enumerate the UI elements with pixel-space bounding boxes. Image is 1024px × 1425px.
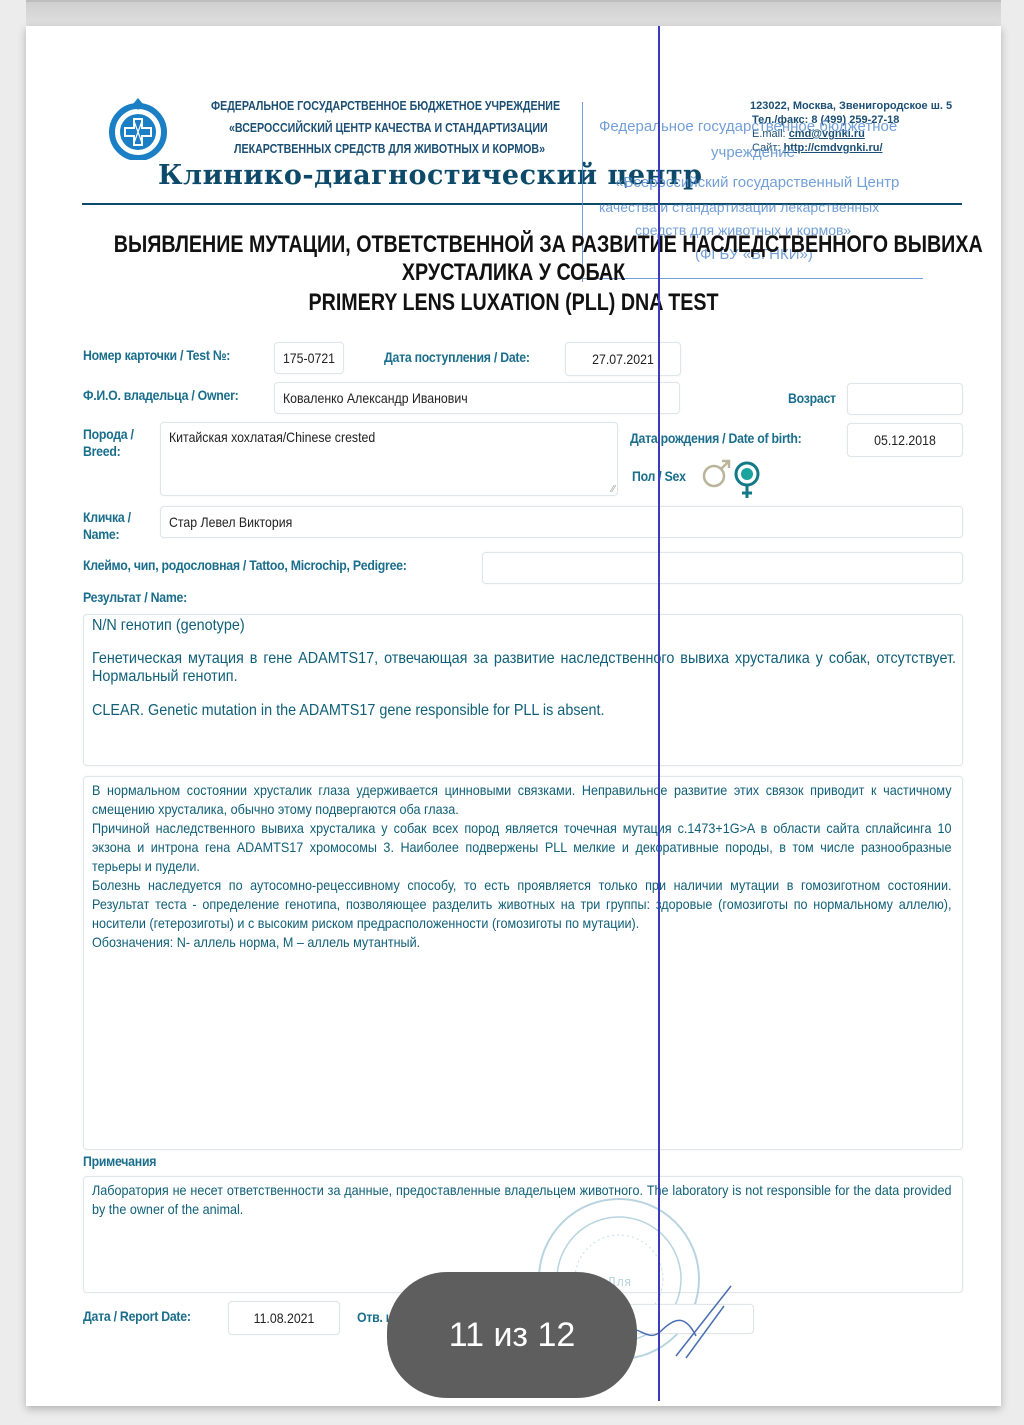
- org-name-line-2: «ВСЕРОССИЙСКИЙ ЦЕНТР КАЧЕСТВА И СТАНДАРТ…: [229, 120, 548, 135]
- description-paragraph-3: Болезнь наследуется по аутосомно-рецесси…: [92, 876, 952, 933]
- owner-label: Ф.И.О. владельца / Owner:: [83, 387, 238, 403]
- org-name-line-1: ФЕДЕРАЛЬНОЕ ГОСУДАРСТВЕННОЕ БЮДЖЕТНОЕ УЧ…: [211, 98, 560, 113]
- receipt-date-field[interactable]: 27.07.2021: [565, 342, 681, 376]
- genotype-text: N/N генотип (genotype): [92, 616, 956, 635]
- notes-text: Лаборатория не несет ответственности за …: [92, 1181, 952, 1219]
- viewer-top-bar: [26, 0, 1001, 28]
- male-radio-icon[interactable]: [700, 458, 732, 490]
- dog-name-value: Стар Левел Виктория: [169, 514, 292, 530]
- description-paragraph-1: В нормальном состоянии хрусталик глаза у…: [92, 781, 952, 819]
- female-radio-selected-icon[interactable]: [732, 460, 762, 500]
- stamp-line-2: учреждение: [711, 144, 795, 161]
- org-name-line-3: ЛЕКАРСТВЕННЫХ СРЕДСТВ ДЛЯ ЖИВОТНЫХ И КОР…: [234, 141, 545, 156]
- page-indicator-text: 11 из 12: [449, 1316, 576, 1355]
- dog-name-field[interactable]: Стар Левел Виктория: [160, 506, 963, 538]
- description-box: В нормальном состоянии хрусталик глаза у…: [83, 776, 963, 1150]
- age-field[interactable]: [847, 383, 963, 415]
- report-date-value: 11.08.2021: [236, 1302, 333, 1334]
- birth-date-label: Дата рождения / Date of birth:: [630, 430, 801, 446]
- resize-handle-icon[interactable]: ⁄⁄: [612, 484, 615, 495]
- description-paragraph-4: Обозначения: N- аллель норма, M – аллель…: [92, 933, 952, 952]
- report-date-field[interactable]: 11.08.2021: [228, 1301, 340, 1335]
- test-no-label: Номер карточки / Test №:: [83, 347, 230, 363]
- stamp-line-4: качества и стандартизации лекарственных: [599, 199, 879, 215]
- test-no-field[interactable]: 175-0721: [274, 342, 344, 374]
- report-title-line-2: ХРУСТАЛИКА У СОБАК: [114, 259, 914, 287]
- report-title-line-1: ВЫЯВЛЕНИЕ МУТАЦИИ, ОТВЕТСТВЕННОЙ ЗА РАЗВ…: [114, 231, 914, 259]
- breed-textarea[interactable]: Китайская хохлатая/Chinese crested ⁄⁄: [160, 422, 618, 496]
- report-title-line-3: PRIMERY LENS LUXATION (PLL) DNA TEST: [114, 289, 914, 317]
- description-paragraph-2: Причиной наследственного вывиха хрустали…: [92, 819, 952, 876]
- notes-label: Примечания: [83, 1153, 156, 1169]
- breed-label: Порода /Breed:: [83, 426, 134, 460]
- dog-name-label: Кличка /Name:: [83, 509, 131, 543]
- test-no-value: 175-0721: [279, 343, 339, 373]
- vgnki-logo-icon: [106, 96, 170, 160]
- birth-date-value: 05.12.2018: [855, 424, 955, 456]
- result-box: N/N генотип (genotype) Генетическая мута…: [83, 614, 963, 766]
- page-indicator: 11 из 12: [387, 1272, 637, 1398]
- tattoo-label: Клеймо, чип, родословная / Tattoo, Micro…: [83, 557, 407, 573]
- owner-value: Коваленко Александр Иванович: [283, 390, 468, 406]
- tattoo-field[interactable]: [482, 552, 963, 584]
- result-label: Результат / Name:: [83, 589, 187, 605]
- scan-line-artifact: [658, 26, 660, 1401]
- breed-value: Китайская хохлатая/Chinese crested: [169, 429, 375, 445]
- owner-field[interactable]: Коваленко Александр Иванович: [274, 382, 680, 414]
- result-en-text: CLEAR. Genetic mutation in the ADAMTS17 …: [92, 701, 956, 720]
- receipt-date-label: Дата поступления / Date:: [384, 349, 530, 365]
- result-ru-text: Генетическая мутация в гене ADAMTS17, от…: [92, 650, 956, 686]
- document-page: ФЕДЕРАЛЬНОЕ ГОСУДАРСТВЕННОЕ БЮДЖЕТНОЕ УЧ…: [26, 26, 1001, 1406]
- stamp-line-1: Федеральное государственное бюджетное: [599, 118, 897, 135]
- age-label: Возраст: [788, 390, 836, 406]
- birth-date-field[interactable]: 05.12.2018: [847, 423, 963, 457]
- report-date-label: Дата / Report Date:: [83, 1308, 191, 1324]
